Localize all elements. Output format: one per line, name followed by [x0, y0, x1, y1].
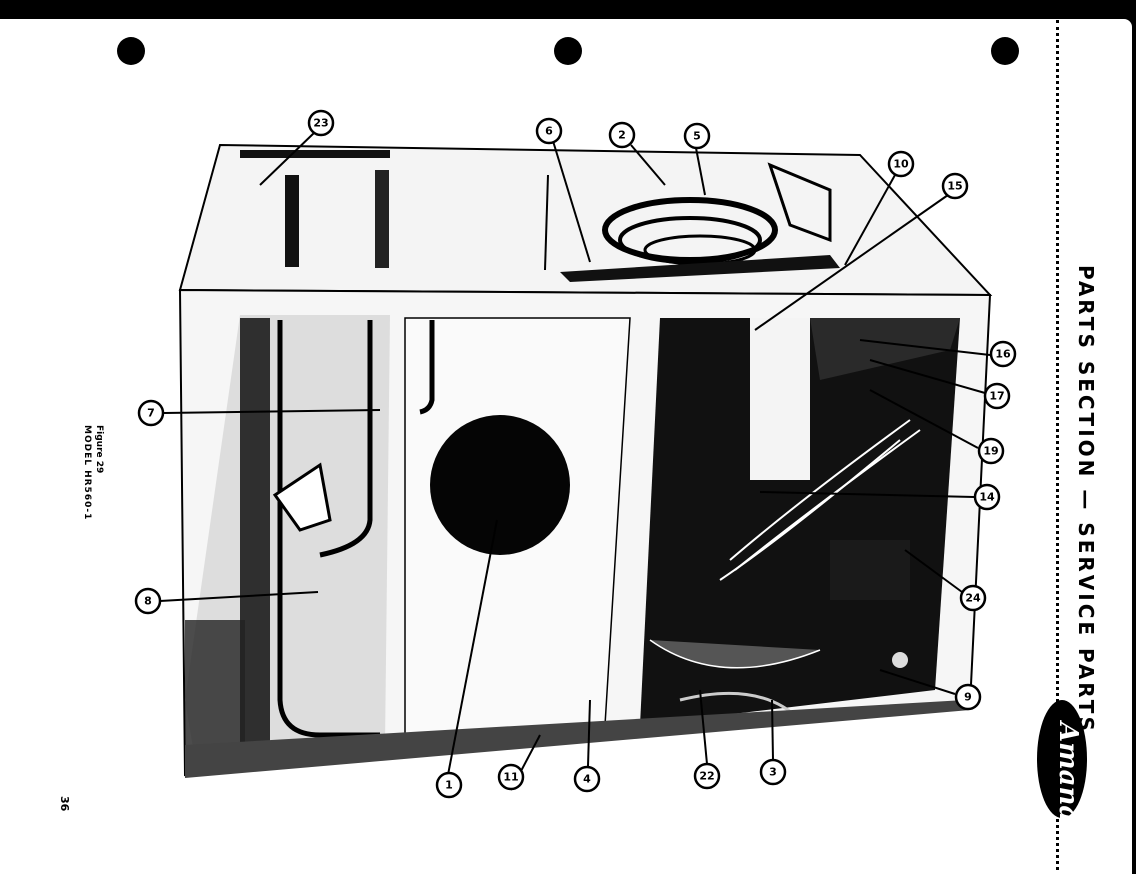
svg-text:1: 1 — [445, 779, 453, 792]
svg-text:8: 8 — [144, 595, 152, 608]
fan-motor-housing — [430, 415, 570, 555]
callout-17: 17 — [985, 384, 1009, 408]
callout-22: 22 — [695, 764, 719, 788]
svg-text:24: 24 — [965, 592, 981, 605]
svg-text:19: 19 — [983, 445, 998, 458]
callout-6: 6 — [537, 119, 561, 143]
svg-text:22: 22 — [699, 770, 714, 783]
callout-16: 16 — [991, 342, 1015, 366]
callout-8: 8 — [136, 589, 160, 613]
svg-text:2: 2 — [618, 129, 626, 142]
unit-photo-diagram: 23 6 2 5 10 15 16 17 19 14 24 9 3 22 4 1… — [0, 0, 1136, 874]
callout-9: 9 — [956, 685, 980, 709]
callout-1: 1 — [437, 773, 461, 797]
svg-text:17: 17 — [989, 390, 1004, 403]
callout-11: 11 — [499, 765, 523, 789]
svg-text:7: 7 — [147, 407, 155, 420]
callout-19: 19 — [979, 439, 1003, 463]
svg-text:15: 15 — [947, 180, 962, 193]
callout-3: 3 — [761, 760, 785, 784]
callout-10: 10 — [889, 152, 913, 176]
callout-4: 4 — [575, 767, 599, 791]
svg-text:6: 6 — [545, 125, 553, 138]
svg-text:3: 3 — [769, 766, 777, 779]
svg-text:11: 11 — [503, 771, 518, 784]
callout-5: 5 — [685, 124, 709, 148]
svg-text:5: 5 — [693, 130, 701, 143]
callout-24: 24 — [961, 586, 985, 610]
svg-text:23: 23 — [313, 117, 328, 130]
callout-15: 15 — [943, 174, 967, 198]
svg-text:14: 14 — [979, 491, 995, 504]
svg-text:16: 16 — [995, 348, 1011, 361]
callout-2: 2 — [610, 123, 634, 147]
callout-14: 14 — [975, 485, 999, 509]
svg-text:10: 10 — [893, 158, 909, 171]
svg-text:9: 9 — [964, 691, 972, 704]
callout-7: 7 — [139, 401, 163, 425]
svg-text:4: 4 — [583, 773, 591, 786]
callout-23: 23 — [309, 111, 333, 135]
